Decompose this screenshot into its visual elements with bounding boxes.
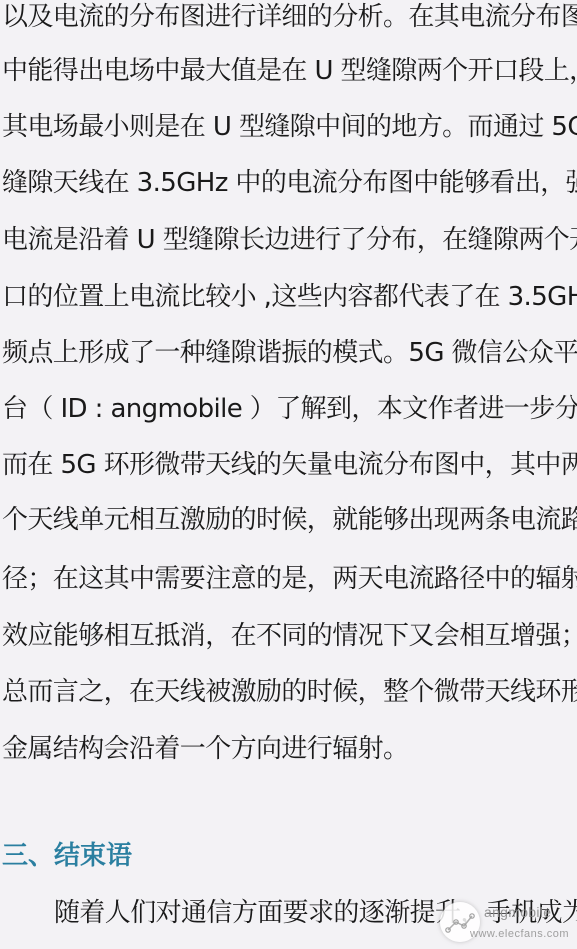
paragraph-line: 频点上形成了一种缝隙谐振的模式。5G 微信公众平 — [2, 333, 577, 373]
paragraph-line: 电流是沿着 U 型缝隙长边进行了分布，在缝隙两个开 — [2, 220, 577, 260]
paragraph-line: 效应能够相互抵消，在不同的情况下又会相互增强； — [2, 616, 577, 656]
paragraph-line: 而在 5G 环形微带天线的矢量电流分布图中，其中两 — [2, 445, 577, 485]
paragraph-line: 总而言之，在天线被激励的时候，整个微带天线环形 — [2, 672, 577, 712]
paragraph-line: 个天线单元相互激励的时候，就能够出现两条电流路 — [2, 500, 577, 540]
paragraph-line: 缝隙天线在 3.5GHz 中的电流分布图中能够看出，强 — [2, 163, 577, 203]
paragraph-line: 其电场最小则是在 U 型缝隙中间的地方。而通过 5G — [2, 107, 577, 147]
section-heading: 三、结束语 — [2, 836, 132, 876]
paragraph-line: 中能得出电场中最大值是在 U 型缝隙两个开口段上， — [2, 51, 577, 91]
closing-paragraph-line: 随着人们对通信方面要求的逐渐提升，手机成为 — [54, 893, 577, 933]
paragraph-line: 以及电流的分布图进行详细的分析。在其电流分布图 — [2, 0, 577, 37]
paragraph-line: 径；在这其中需要注意的是，两天电流路径中的辐射 — [2, 559, 577, 599]
paragraph-line: 口的位置上电流比较小 ,这些内容都代表了在 3.5GHz — [2, 277, 577, 317]
paragraph-line: 台（ ID : angmobile ）了解到，本文作者进一步分析， — [2, 389, 577, 429]
paragraph-line: 金属结构会沿着一个方向进行辐射。 — [2, 729, 577, 769]
